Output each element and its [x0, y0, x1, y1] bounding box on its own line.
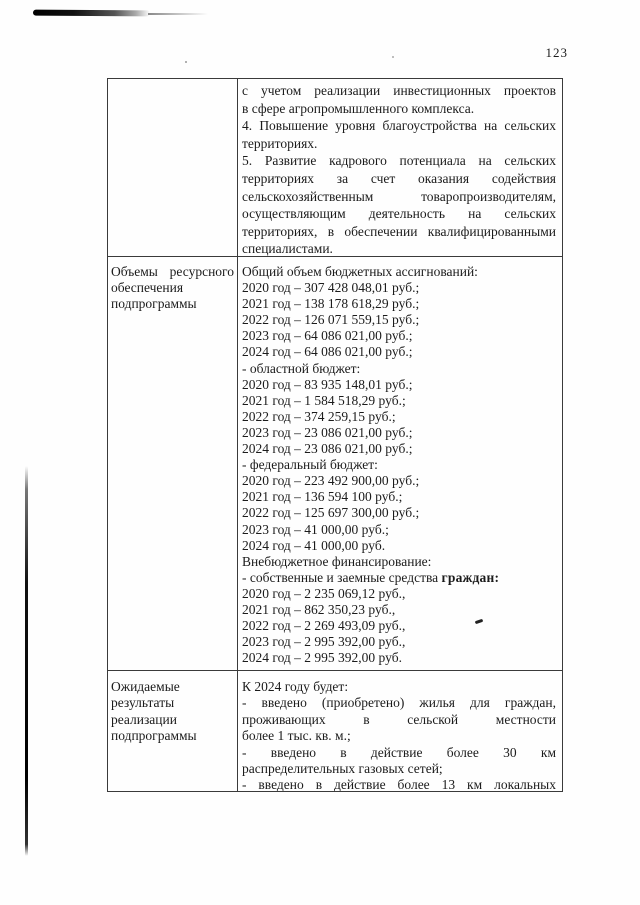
scan-smudge-artifact — [33, 10, 150, 17]
text-line: проживающих в сельской местности — [242, 712, 556, 728]
text-line: 5. Развитие кадрового потенциала на сель… — [242, 152, 556, 170]
value-lines: Общий объем бюджетных ассигнований:2020 … — [242, 264, 556, 666]
text-line: более 1 тыс. кв. м.; — [242, 728, 556, 744]
text-line: результаты — [111, 695, 234, 711]
scan-dot-artifact — [392, 56, 394, 58]
row-label-cell: Ожидаемыерезультатыреализацииподпрограмм… — [108, 671, 238, 791]
value-lines: с учетом реализации инвестиционных проек… — [242, 82, 556, 256]
text-line: подпрограммы — [111, 728, 234, 744]
text-line: Объемы ресурсного — [111, 264, 234, 280]
text-line: 2022 год – 374 259,15 руб.; — [242, 409, 556, 425]
text-line: - введено (приобретено) жилья для гражда… — [242, 695, 556, 711]
document-page: 123 с учетом реализации инвестиционных п… — [0, 0, 640, 905]
text-line: - областной бюджет: — [242, 361, 556, 377]
text-line: 2024 год – 23 086 021,00 руб.; — [242, 441, 556, 457]
text-line: 2021 год – 136 594 100 руб.; — [242, 489, 556, 505]
text-line: - введено в действие более 30 км — [242, 745, 556, 761]
text-line: подпрограммы — [111, 296, 234, 312]
text-line: К 2024 году будет: — [242, 679, 556, 695]
label-lines: Объемы ресурсногообеспеченияподпрограммы — [111, 264, 234, 312]
scan-left-margin-line-artifact — [25, 466, 28, 856]
table-row-expected-results: Ожидаемыерезультатыреализацииподпрограмм… — [108, 670, 562, 791]
row-value-cell: К 2024 году будет:- введено (приобретено… — [238, 671, 562, 791]
text-line: 2023 год – 23 086 021,00 руб.; — [242, 425, 556, 441]
text-line: территориях за счет оказания содействия — [242, 170, 556, 188]
text-line: 2021 год – 1 584 518,29 руб.; — [242, 393, 556, 409]
text-line: реализации — [111, 712, 234, 728]
text-line: 2020 год – 307 428 048,01 руб.; — [242, 280, 556, 296]
bold-text: граждан: — [442, 570, 500, 585]
page-number: 123 — [544, 45, 568, 61]
text-line: 2023 год – 64 086 021,00 руб.; — [242, 328, 556, 344]
scan-smudge-tail-artifact — [148, 13, 208, 15]
value-lines: К 2024 году будет:- введено (приобретено… — [242, 679, 556, 791]
text-line: в сфере агропромышленного комплекса. — [242, 100, 556, 118]
text-line: обеспечения — [111, 280, 234, 296]
row-label-cell: Объемы ресурсногообеспеченияподпрограммы — [108, 257, 238, 670]
label-lines: Ожидаемыерезультатыреализацииподпрограмм… — [111, 679, 234, 745]
scan-dot-artifact — [185, 61, 187, 63]
text-line: Общий объем бюджетных ассигнований: — [242, 264, 556, 280]
text-line: сельскохозяйственным товаропроизводителя… — [242, 188, 556, 206]
subprogram-passport-table: с учетом реализации инвестиционных проек… — [107, 78, 563, 792]
text-line: 2022 год – 126 071 559,15 руб.; — [242, 312, 556, 328]
text-line: 2023 год – 41 000,00 руб.; — [242, 522, 556, 538]
text-line: осуществляющим деятельность на сельских — [242, 205, 556, 223]
text-line: с учетом реализации инвестиционных проек… — [242, 82, 556, 100]
row-label-cell — [108, 79, 238, 256]
table-row-resource-volumes: Объемы ресурсногообеспеченияподпрограммы… — [108, 256, 562, 670]
text-line: 2020 год – 83 935 148,01 руб.; — [242, 377, 556, 393]
row-value-cell: с учетом реализации инвестиционных проек… — [238, 79, 562, 256]
text-line: 2024 год – 64 086 021,00 руб.; — [242, 344, 556, 360]
text-line: 2021 год – 138 178 618,29 руб.; — [242, 296, 556, 312]
text-line: территориях. — [242, 135, 556, 153]
text-line: 2022 год – 2 269 493,09 руб., — [242, 618, 556, 634]
text-line: 2020 год – 223 492 900,00 руб.; — [242, 473, 556, 489]
table-row-tasks-continuation: с учетом реализации инвестиционных проек… — [108, 79, 562, 256]
text-line: - введено в действие более 13 км локальн… — [242, 777, 556, 791]
text-line: 2020 год – 2 235 069,12 руб., — [242, 586, 556, 602]
text-line: территориях, в обеспечении квалифицирова… — [242, 223, 556, 241]
text-line: Ожидаемые — [111, 679, 234, 695]
text-line: 2024 год – 41 000,00 руб. — [242, 538, 556, 554]
text-line: - федеральный бюджет: — [242, 457, 556, 473]
text-line: 2021 год – 862 350,23 руб., — [242, 602, 556, 618]
text-line: 2022 год – 125 697 300,00 руб.; — [242, 505, 556, 521]
text-line: Внебюджетное финансирование: — [242, 554, 556, 570]
text-line: распределительных газовых сетей; — [242, 761, 556, 777]
text-line: специалистами. — [242, 240, 556, 256]
text-line: 2023 год – 2 995 392,00 руб., — [242, 634, 556, 650]
text-line: 4. Повышение уровня благоустройства на с… — [242, 117, 556, 135]
row-value-cell: Общий объем бюджетных ассигнований:2020 … — [238, 257, 562, 670]
text-line: - собственные и заемные средства граждан… — [242, 570, 556, 586]
text-line: 2024 год – 2 995 392,00 руб. — [242, 650, 556, 666]
